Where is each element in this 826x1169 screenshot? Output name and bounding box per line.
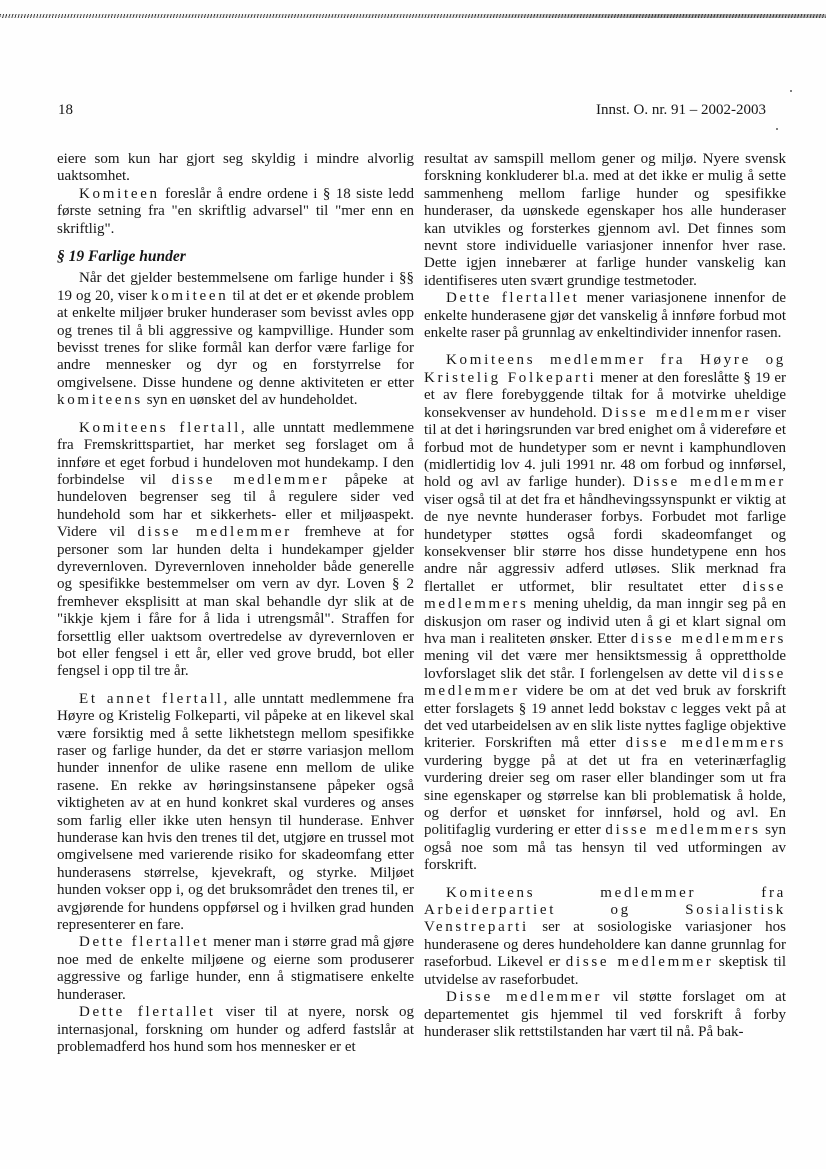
letter-spaced-text: Disse medlemmer bbox=[633, 474, 786, 490]
paragraph: resultat av samspill mellom gener og mil… bbox=[424, 151, 786, 290]
letter-spaced-text: disse medlemmers bbox=[626, 735, 786, 751]
text-segment: viser også til at det fra et håndhevings… bbox=[424, 492, 786, 595]
scan-speck bbox=[790, 90, 792, 92]
text-segment: , alle unntatt medlemmene fra Høyre og K… bbox=[57, 691, 414, 933]
paragraph: Komiteen foreslår å endre ordene i § 18 … bbox=[57, 186, 414, 238]
text-segment: eiere som kun har gjort seg skyldig i mi… bbox=[57, 151, 414, 184]
paragraph: Dette flertallet mener man i større grad… bbox=[57, 934, 414, 1004]
scan-artifact-band bbox=[0, 14, 826, 18]
letter-spaced-text: komiteen bbox=[151, 288, 228, 304]
header-document-title: Innst. O. nr. 91 – 2002-2003 bbox=[596, 101, 766, 119]
letter-spaced-text: disse medlemmers bbox=[605, 822, 760, 838]
paragraph: Disse medlemmer vil støtte forslaget om … bbox=[424, 989, 786, 1041]
letter-spaced-text: disse medlemmers bbox=[631, 631, 786, 647]
letter-spaced-text: Disse medlemmer bbox=[602, 405, 752, 421]
text-segment: mening vil det være mer hensiktsmessig å… bbox=[424, 648, 786, 681]
text-segment: syn en uønsket del av hundeholdet. bbox=[143, 392, 358, 408]
letter-spaced-text: Dette flertallet bbox=[446, 290, 580, 306]
letter-spaced-text: disse medlemmer bbox=[137, 524, 292, 540]
text-column-left: eiere som kun har gjort seg skyldig i mi… bbox=[57, 151, 414, 1056]
letter-spaced-text: Komiteen bbox=[79, 186, 160, 202]
letter-spaced-text: disse medlemmer bbox=[566, 954, 714, 970]
text-segment: § 19 Farlige hunder bbox=[57, 248, 186, 265]
page-header: 18 Innst. O. nr. 91 – 2002-2003 bbox=[58, 101, 766, 119]
paragraph: eiere som kun har gjort seg skyldig i mi… bbox=[57, 151, 414, 186]
letter-spaced-text: Et annet flertall bbox=[79, 691, 224, 707]
text-segment: resultat av samspill mellom gener og mil… bbox=[424, 151, 786, 289]
paragraph: Komiteens medlemmer fra Arbeiderpartiet … bbox=[424, 885, 786, 989]
scan-speck bbox=[776, 128, 778, 130]
letter-spaced-text: Komiteens flertall bbox=[79, 420, 241, 436]
paragraph: Når det gjelder bestemmelsene om farlige… bbox=[57, 270, 414, 409]
paragraph: Komiteens medlemmer fra Høyre og Kristel… bbox=[424, 352, 786, 874]
letter-spaced-text: disse medlemmer bbox=[172, 472, 330, 488]
document-page: 18 Innst. O. nr. 91 – 2002-2003 eiere so… bbox=[0, 0, 826, 1169]
text-column-right: resultat av samspill mellom gener og mil… bbox=[424, 151, 786, 1041]
paragraph: Et annet flertall, alle unntatt medlemme… bbox=[57, 691, 414, 935]
text-segment: fremheve at for personer som lar hunden … bbox=[57, 524, 414, 679]
letter-spaced-text: komiteens bbox=[57, 392, 143, 408]
paragraph: Dette flertallet viser til at nyere, nor… bbox=[57, 1004, 414, 1056]
letter-spaced-text: Dette flertallet bbox=[79, 934, 209, 950]
section-heading: § 19 Farlige hunder bbox=[57, 248, 414, 265]
paragraph: Dette flertallet mener variasjonene inne… bbox=[424, 290, 786, 342]
letter-spaced-text: Dette flertallet bbox=[79, 1004, 216, 1020]
paragraph: Komiteens flertall, alle unntatt medlemm… bbox=[57, 420, 414, 681]
letter-spaced-text: Disse medlemmer bbox=[446, 989, 602, 1005]
page-number: 18 bbox=[58, 101, 73, 119]
